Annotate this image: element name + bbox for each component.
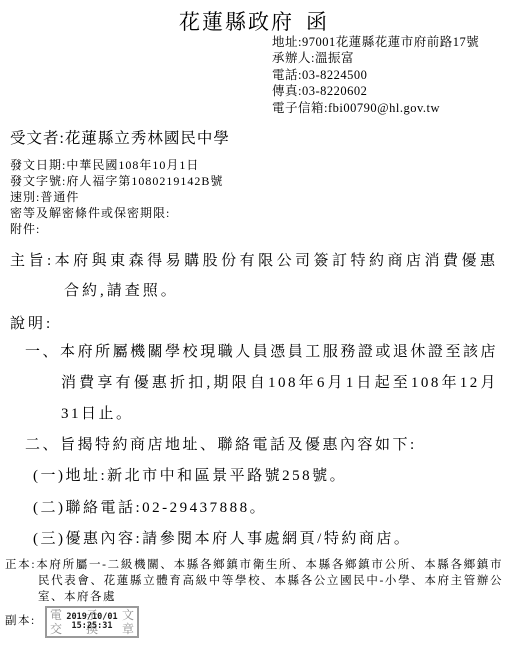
document-type: 函: [306, 10, 329, 34]
subitem-number: (一): [33, 468, 66, 484]
doc-number-line: 發文字號:府人福字第1080219142B號: [10, 173, 223, 189]
subitem-text: 聯絡電話:02-29437888。: [66, 500, 268, 516]
electronic-exchange-stamp: 電 子 文 交 換 章 2019/10/01 15:25:31: [45, 606, 139, 638]
attachment-line: 附件:: [10, 221, 223, 237]
description-item-2: 二、旨揭特約商店地址、聯絡電話及優惠內容如下:: [25, 433, 417, 454]
stamp-time: 15:25:31: [47, 622, 137, 632]
security-line: 密等及解密條件或保密期限:: [10, 205, 223, 221]
item-text: 本府所屬機關學校現職人員憑員工服務證或退休證至該店消費享有優惠折扣,期限自108…: [60, 344, 498, 422]
contact-person: 承辦人:溫振富: [272, 50, 479, 66]
description-subitem-3: (三)優惠內容:請參閱本府人事處網頁/特約商店。: [33, 527, 411, 548]
subject-paragraph: 主旨:本府與東森得易購股份有限公司簽訂特約商店消費優惠合約,請查照。: [10, 246, 498, 306]
agency-name: 花蓮縣政府: [179, 10, 294, 34]
agency-contact-block: 地址:97001花蓮縣花蓮市府前路17號 承辦人:溫振富 電話:03-82245…: [272, 34, 479, 116]
description-item-1: 一、本府所屬機關學校現職人員憑員工服務證或退休證至該店消費享有優惠折扣,期限自1…: [25, 337, 498, 430]
item-number: 一、: [25, 344, 60, 360]
description-label: 說明:: [10, 312, 53, 333]
document-title: 花蓮縣政府函: [0, 6, 508, 36]
item-number: 二、: [25, 437, 60, 453]
official-letter-page: 花蓮縣政府函 地址:97001花蓮縣花蓮市府前路17號 承辦人:溫振富 電話:0…: [0, 0, 508, 648]
subject-text: 本府與東森得易購股份有限公司簽訂特約商店消費優惠合約,請查照。: [54, 253, 498, 299]
contact-phone: 電話:03-8224500: [272, 67, 479, 83]
item-text: 旨揭特約商店地址、聯絡電話及優惠內容如下:: [60, 437, 417, 453]
description-subitem-1: (一)地址:新北市中和區景平路號258號。: [33, 464, 347, 485]
subitem-number: (二): [33, 500, 66, 516]
recipient-line: 受文者:花蓮縣立秀林國民中學: [10, 126, 230, 148]
subitem-text: 優惠內容:請參閱本府人事處網頁/特約商店。: [66, 531, 412, 547]
recipient-value: 花蓮縣立秀林國民中學: [65, 130, 230, 147]
recipient-label: 受文者:: [10, 130, 65, 147]
contact-email: 電子信箱:fbi00790@hl.gov.tw: [272, 100, 479, 116]
issue-date-line: 發文日期:中華民國108年10月1日: [10, 157, 223, 173]
original-copy-distribution: 正本:本府所屬一-二級機關、本縣各鄉鎮市衛生所、本縣各鄉鎮市公所、本縣各鄉鎮市民…: [5, 557, 503, 606]
original-recipients: 本府所屬一-二級機關、本縣各鄉鎮市衛生所、本縣各鄉鎮市公所、本縣各鄉鎮市民代表會…: [36, 559, 503, 603]
contact-address: 地址:97001花蓮縣花蓮市府前路17號: [272, 34, 479, 50]
contact-fax: 傳真:03-8220602: [272, 83, 479, 99]
subitem-text: 地址:新北市中和區景平路號258號。: [66, 468, 348, 484]
document-meta-block: 發文日期:中華民國108年10月1日 發文字號:府人福字第1080219142B…: [10, 157, 223, 237]
stamp-datetime: 2019/10/01 15:25:31: [47, 608, 137, 636]
priority-line: 速別:普通件: [10, 189, 223, 205]
copy-label: 副本:: [5, 612, 36, 628]
original-label: 正本:: [5, 559, 36, 571]
description-subitem-2: (二)聯絡電話:02-29437888。: [33, 496, 267, 517]
subject-label: 主旨:: [10, 253, 54, 269]
subitem-number: (三): [33, 531, 66, 547]
